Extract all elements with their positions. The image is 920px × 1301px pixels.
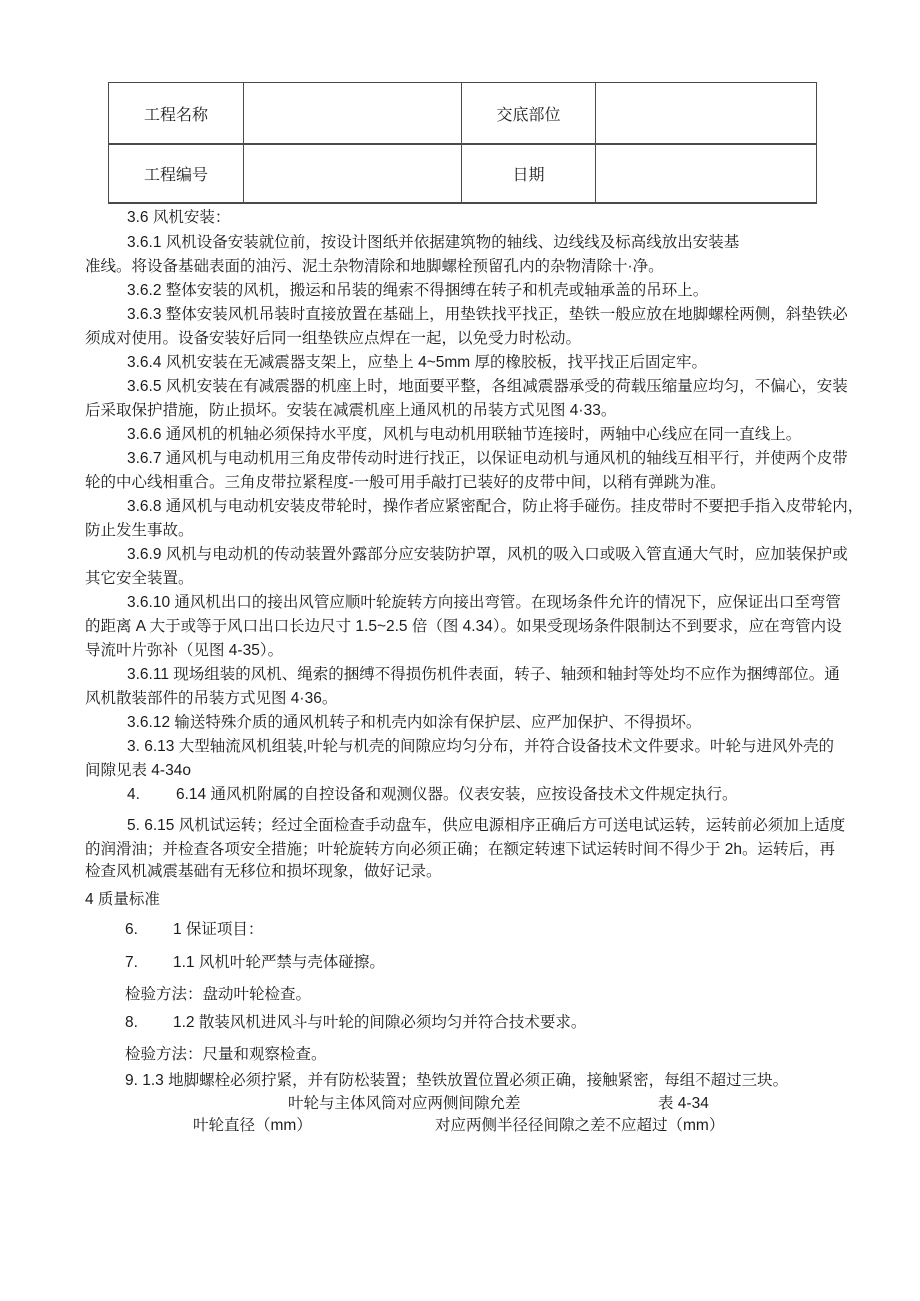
doc-line-5: 3.6.3 整体安装风机吊装时直接放置在基础上，用垫铁找平找正，垫铁一般应放在地… bbox=[127, 303, 848, 327]
doc-line-21: 风机散装部件的吊装方式见图 4·36。 bbox=[85, 687, 337, 711]
doc-line-11: 3.6.7 通风机与电动机用三角皮带传动时进行找正，以保证电动机与通风机的轴线互… bbox=[127, 447, 848, 471]
doc-line-28: 检查风机减震基础有无移位和损坏现象，做好记录。 bbox=[85, 860, 442, 884]
doc-line-31: 7. bbox=[125, 951, 138, 975]
doc-line-23: 3. 6.13 大型轴流风机组装,叶轮与机壳的间隙应均匀分布，并符合设备技术文件… bbox=[127, 735, 834, 759]
doc-line-4: 3.6.2 整体安装的风机，搬运和吊装的绳索不得捆缚在转子和机壳或轴承盖的吊环上… bbox=[127, 279, 708, 303]
doc-line-25: 6.14 通风机附属的自控设备和观测仪器。仪表安装，应按设备技术文件规定执行。 bbox=[176, 783, 737, 807]
doc-line-3: 准线。将设备基础表面的油污、泥土杂物清除和地脚螺栓预留孔内的杂物清除十·净。 bbox=[85, 255, 664, 279]
doc-line-20: 3.6.11 现场组装的风机、绳索的捆缚不得损伤机件表面，转子、轴颈和轴封等处均… bbox=[127, 663, 840, 687]
doc-line-2: 3.6.1 风机设备安装就位前，按设计图纸并依据建筑物的轴线、边线线及标高线放出… bbox=[127, 231, 739, 255]
doc-line-36: 表 4-34 bbox=[658, 1092, 709, 1116]
doc-line-33: 1.2 散装风机进风斗与叶轮的间隙必须均匀并符合技术要求。 bbox=[173, 1011, 586, 1035]
doc-line-22: 3.6.12 输送特殊介质的通风机转子和机壳内如涂有保护层、应严加保护、不得损坏… bbox=[127, 711, 701, 735]
doc-line-26: 5. 6.15 风机试运转；经过全面检查手动盘车，供应电源相序正确后方可送电试运… bbox=[127, 814, 845, 838]
doc-line-36: 叶轮与主体风筒对应两侧间隙允差 bbox=[288, 1092, 521, 1116]
doc-line-10: 3.6.6 通风机的机轴必须保持水平度，风机与电动机用联轴节连接时，两轴中心线应… bbox=[127, 423, 801, 447]
doc-line-31: 1.1 风机叶轮严禁与壳体碰擦。 bbox=[173, 951, 385, 975]
doc-line-29: 4 质量标准 bbox=[85, 888, 160, 912]
doc-line-7: 3.6.4 风机安装在无减震器支架上，应垫上 4~5mm 厚的橡胶板，找平找正后… bbox=[127, 351, 707, 375]
doc-line-8: 3.6.5 风机安装在有减震器的机座上时，地面要平整，各组减震器承受的荷载压缩量… bbox=[127, 375, 848, 399]
doc-line-24: 间隙见表 4-34o bbox=[85, 759, 191, 783]
doc-line-9: 后采取保护措施，防止损坏。安装在减震机座上通风机的吊装方式见图 4·33。 bbox=[85, 399, 616, 423]
doc-line-18: 的距离 A 大于或等于风口出口长边尺寸 1.5~2.5 倍（图 4.34）。如果… bbox=[85, 615, 842, 639]
doc-line-19: 导流叶片弥补（见图 4-35）。 bbox=[85, 639, 283, 663]
doc-line-1: 3.6 风机安装： bbox=[127, 206, 230, 230]
doc-line-27: 的润滑油；并检查各项安全措施；叶轮旋转方向必须正确；在额定转速下试运转时间不得少… bbox=[85, 838, 835, 862]
doc-line-32: 检验方法：盘动叶轮检查。 bbox=[125, 983, 311, 1007]
document-body-text: 3.6 风机安装：3.6.1 风机设备安装就位前，按设计图纸并依据建筑物的轴线、… bbox=[0, 0, 920, 1301]
doc-line-33: 8. bbox=[125, 1011, 138, 1035]
doc-line-37: 叶轮直径（mm） bbox=[193, 1114, 312, 1138]
doc-line-30: 6. bbox=[125, 918, 138, 942]
doc-line-34: 检验方法：尺量和观察检查。 bbox=[125, 1043, 327, 1067]
doc-line-13: 3.6.8 通风机与电动机安装皮带轮时，操作者应紧密配合，防止将手碰伤。挂皮带时… bbox=[127, 495, 863, 519]
doc-line-37: 对应两侧半径径间隙之差不应超过（mm） bbox=[435, 1114, 724, 1138]
doc-line-16: 其它安全装置。 bbox=[85, 567, 194, 591]
doc-line-15: 3.6.9 风机与电动机的传动装置外露部分应安装防护罩，风机的吸入口或吸入管直通… bbox=[127, 543, 848, 567]
doc-line-14: 防止发生事故。 bbox=[85, 519, 194, 543]
doc-line-30: 1 保证项目： bbox=[173, 918, 263, 942]
doc-line-6: 须成对使用。设备安装好后同一组垫铁应点焊在一起，以免受力时松动。 bbox=[85, 327, 581, 351]
doc-line-35: 9. 1.3 地脚螺栓必须拧紧，并有防松装置；垫铁放置位置必须正确，接触紧密，每… bbox=[125, 1069, 788, 1093]
doc-line-25: 4. bbox=[127, 783, 140, 807]
document-page: 工程名称 交底部位 工程编号 日期 3.6 风机安装：3.6.1 风机设备安装就… bbox=[0, 0, 920, 1301]
doc-line-17: 3.6.10 通风机出口的接出风管应顺叶轮旋转方向接出弯管。在现场条件允许的情况… bbox=[127, 591, 841, 615]
doc-line-12: 轮的中心线相重合。三角皮带拉紧程度-一般可用手敲打已装好的皮带中间，以稍有弹跳为… bbox=[85, 471, 726, 495]
